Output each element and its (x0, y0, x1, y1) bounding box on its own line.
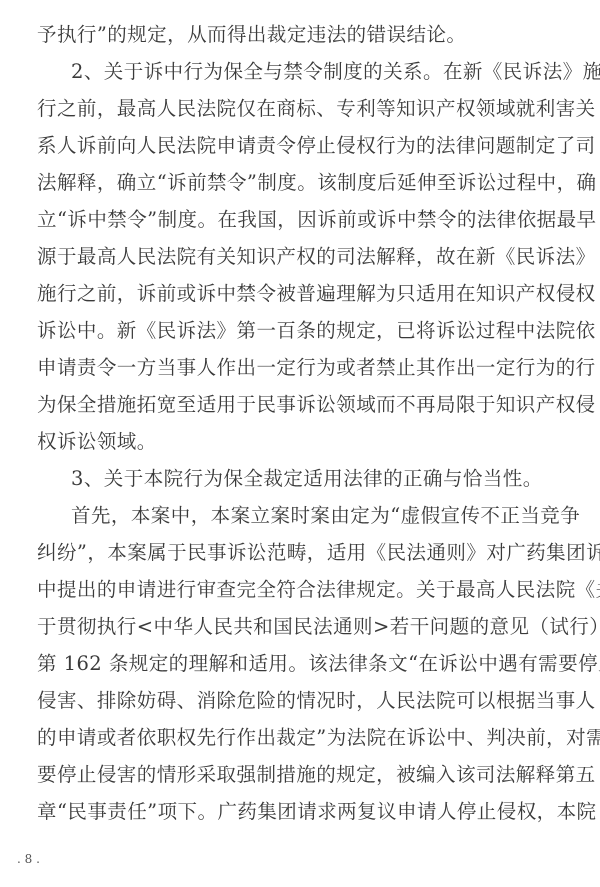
text-line: 源于最高人民法院有关知识产权的司法解释，故在新《民诉法》 (37, 242, 567, 272)
text-line: 首先，本案中，本案立案时案由定为“虚假宣传不正当竞争 (71, 501, 567, 531)
text-line: 诉讼中。新《民诉法》第一百条的规定，已将诉讼过程中法院依 (37, 316, 567, 346)
text-line: 中提出的申请进行审查完全符合法律规定。关于最高人民法院《关 (37, 575, 567, 605)
text-line: 法解释，确立“诉前禁令”制度。该制度后延伸至诉讼过程中，确 (37, 168, 567, 198)
text-line: 行之前，最高人民法院仅在商标、专利等知识产权领域就利害关 (37, 94, 567, 124)
text-line: 申请责令一方当事人作出一定行为或者禁止其作出一定行为的行 (37, 353, 567, 383)
text-line: 于贯彻执行<中华人民共和国民法通则>若干问题的意见（试行）》 (37, 612, 567, 642)
text-line: 章“民事责任”项下。广药集团请求两复议申请人停止侵权，本院 (37, 797, 567, 827)
text-line: 立“诉中禁令”制度。在我国，因诉前或诉中禁令的法律依据最早 (37, 205, 567, 235)
paragraph-heading-2: 2、关于诉中行为保全与禁令制度的关系。在新《民诉法》施 (71, 57, 567, 87)
text-line: 的申请或者依职权先行作出裁定”为法院在诉讼中、判决前，对需 (37, 723, 567, 753)
text-line: 系人诉前向人民法院申请责令停止侵权行为的法律问题制定了司 (37, 131, 567, 161)
text-line: 权诉讼领域。 (37, 427, 567, 457)
text-line: 为保全措施拓宽至适用于民事诉讼领域而不再局限于知识产权侵 (37, 390, 567, 420)
text-line: 第 162 条规定的理解和适用。该法律条文“在诉讼中遇有需要停止 (37, 649, 567, 679)
document-page: 予执行”的规定，从而得出裁定违法的错误结论。 2、关于诉中行为保全与禁令制度的关… (0, 0, 600, 887)
paragraph-heading-3: 3、关于本院行为保全裁定适用法律的正确与恰当性。 (71, 464, 567, 494)
text-line: 要停止侵害的情形采取强制措施的规定，被编入该司法解释第五 (37, 760, 567, 790)
text-line: 纠纷”，本案属于民事诉讼范畴，适用《民法通则》对广药集团诉 (37, 538, 567, 568)
text-line: 施行之前，诉前或诉中禁令被普遍理解为只适用在知识产权侵权 (37, 279, 567, 309)
text-line: 予执行”的规定，从而得出裁定违法的错误结论。 (37, 20, 567, 50)
text-line: 侵害、排除妨碍、消除危险的情况时，人民法院可以根据当事人 (37, 686, 567, 716)
page-number: . 8 . (17, 851, 40, 867)
